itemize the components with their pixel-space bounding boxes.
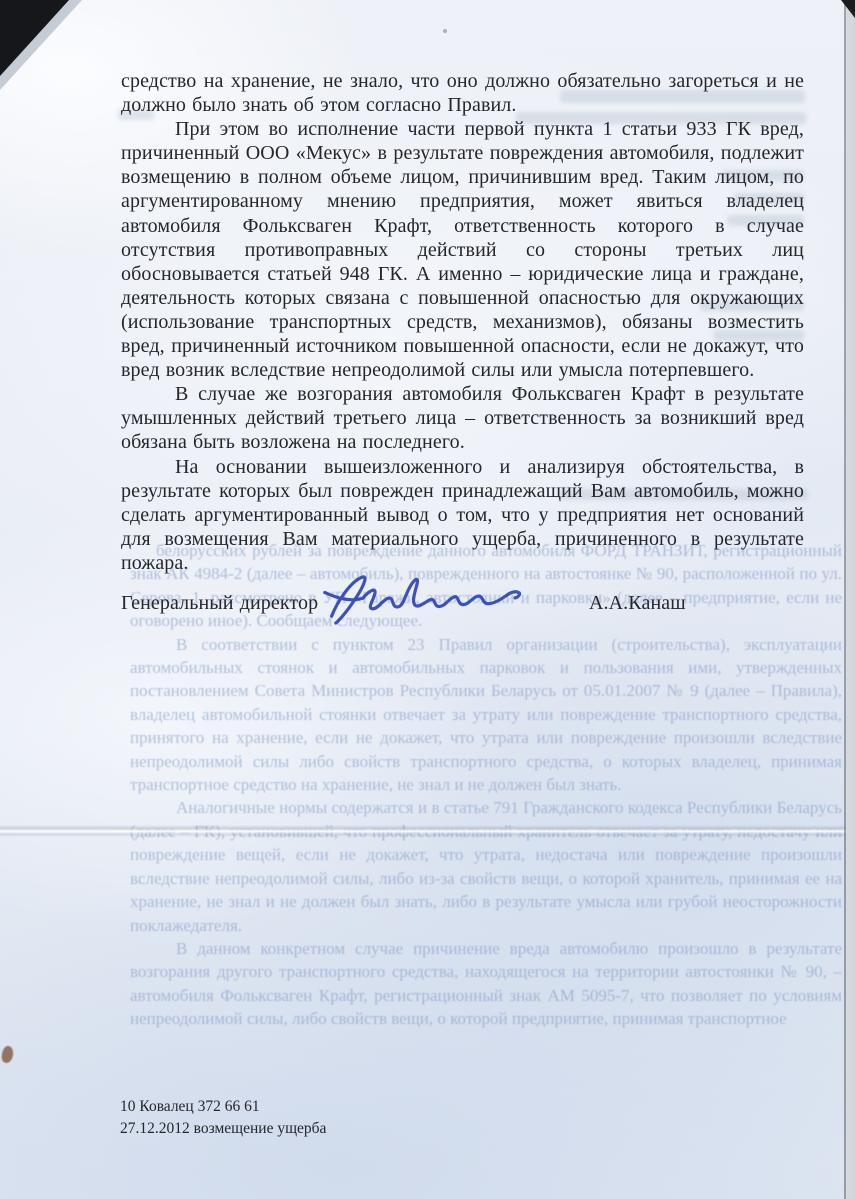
- letter-body: средство на хранение, не знало, что оно …: [121, 69, 804, 655]
- letter-paragraph: В случае же возгорания автомобиля Фолькс…: [121, 382, 804, 454]
- letter-paragraph: На основании вышеизложенного и анализиру…: [121, 455, 804, 575]
- footer-annotation: 10 Ковалец 372 66 61 27.12.2012 возмещен…: [120, 1096, 326, 1139]
- signature-row: Генеральный директор А.А.Канаш: [121, 581, 804, 655]
- bleedthrough-paragraph: В данном конкретном случае причинение вр…: [130, 937, 842, 1031]
- signatory-title: Генеральный директор: [121, 591, 318, 615]
- footer-line-1: 10 Ковалец 372 66 61: [120, 1096, 326, 1118]
- paper-speck: [443, 29, 447, 33]
- signatory-name: А.А.Канаш: [589, 591, 686, 615]
- page-right-edge: [844, 0, 855, 1199]
- bleedthrough-paragraph: В соответствии с пунктом 23 Правил орган…: [130, 633, 842, 797]
- paper-speck: [0, 1045, 14, 1064]
- handwritten-signature: [316, 561, 533, 634]
- footer-line-2: 27.12.2012 возмещение ущерба: [120, 1118, 326, 1140]
- letter-paragraph: средство на хранение, не знало, что оно …: [121, 69, 804, 117]
- fold-crease-line: [0, 825, 855, 837]
- bleedthrough-paragraph: Аналогичные нормы содержатся и в статье …: [130, 796, 842, 936]
- scanned-letter-page: белорусских рублей за повреждение данног…: [0, 0, 855, 1199]
- letter-paragraph: При этом во исполнение части первой пунк…: [121, 117, 804, 382]
